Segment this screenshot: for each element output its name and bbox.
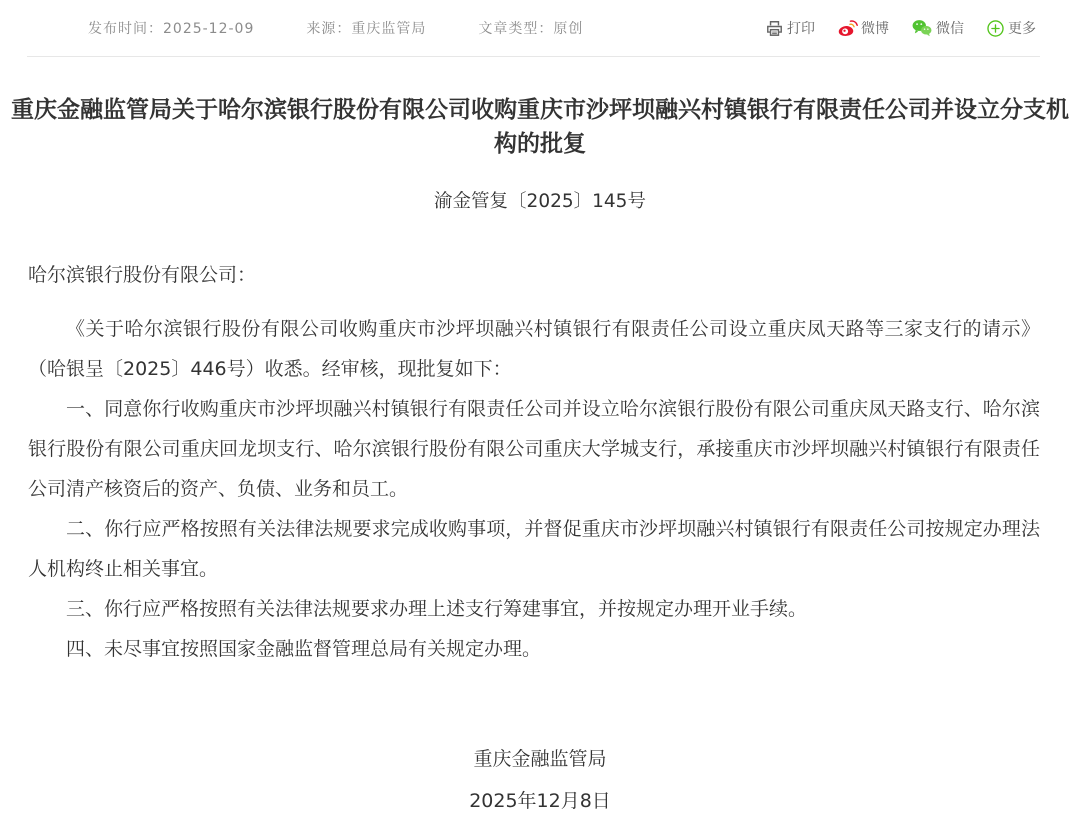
weibo-share-button[interactable]: 微博 (837, 18, 889, 39)
article-type: 文章类型：原创 (478, 18, 583, 38)
official-document: 重庆金融监管局关于哈尔滨银行股份有限公司收购重庆市沙坪坝融兴村镇银行有限责任公司… (0, 57, 1080, 821)
publish-time-label: 发布时间： (88, 21, 163, 37)
body-paragraph: 二、你行应严格按照有关法律法规要求完成收购事项，并督促重庆市沙坪坝融兴村镇银行有… (28, 509, 1040, 589)
printer-icon (765, 19, 784, 38)
article-source-value: 重庆监管局 (351, 21, 426, 37)
more-label: 更多 (1008, 18, 1036, 38)
share-toolbar: 打印 微博 (765, 17, 1036, 39)
meta-bar: 发布时间：2025-12-09 来源：重庆监管局 文章类型：原创 打印 (0, 0, 1080, 56)
article-source: 来源：重庆监管局 (306, 18, 426, 38)
salutation: 哈尔滨银行股份有限公司： (28, 255, 1040, 295)
more-share-button[interactable]: 更多 (986, 18, 1036, 38)
issue-date: 2025年12月8日 (0, 781, 1080, 821)
article-type-value: 原创 (553, 21, 583, 37)
signature-block: 重庆金融监管局 2025年12月8日 (0, 739, 1080, 821)
publish-time: 发布时间：2025-12-09 (88, 18, 254, 38)
issuing-authority: 重庆金融监管局 (0, 739, 1080, 779)
document-body: 哈尔滨银行股份有限公司： 《关于哈尔滨银行股份有限公司收购重庆市沙坪坝融兴村镇银… (0, 255, 1080, 669)
print-button[interactable]: 打印 (765, 18, 815, 38)
document-title: 重庆金融监管局关于哈尔滨银行股份有限公司收购重庆市沙坪坝融兴村镇银行有限责任公司… (0, 93, 1080, 161)
wechat-label: 微信 (936, 18, 964, 38)
body-paragraph: 四、未尽事宜按照国家金融监督管理总局有关规定办理。 (28, 629, 1040, 669)
wechat-icon (911, 17, 933, 39)
weibo-label: 微博 (861, 18, 889, 38)
plus-circle-icon (986, 19, 1005, 38)
weibo-icon (837, 18, 858, 39)
body-paragraph: 《关于哈尔滨银行股份有限公司收购重庆市沙坪坝融兴村镇银行有限责任公司设立重庆凤天… (28, 309, 1040, 389)
article-type-label: 文章类型： (478, 21, 553, 37)
wechat-share-button[interactable]: 微信 (911, 17, 964, 39)
body-paragraph: 一、同意你行收购重庆市沙坪坝融兴村镇银行有限责任公司并设立哈尔滨银行股份有限公司… (28, 389, 1040, 509)
document-number: 渝金管复〔2025〕145号 (0, 187, 1080, 213)
publish-time-value: 2025-12-09 (163, 21, 254, 37)
article-meta: 发布时间：2025-12-09 来源：重庆监管局 文章类型：原创 (88, 18, 583, 38)
print-label: 打印 (787, 18, 815, 38)
article-source-label: 来源： (306, 21, 351, 37)
body-paragraph: 三、你行应严格按照有关法律法规要求办理上述支行筹建事宜，并按规定办理开业手续。 (28, 589, 1040, 629)
